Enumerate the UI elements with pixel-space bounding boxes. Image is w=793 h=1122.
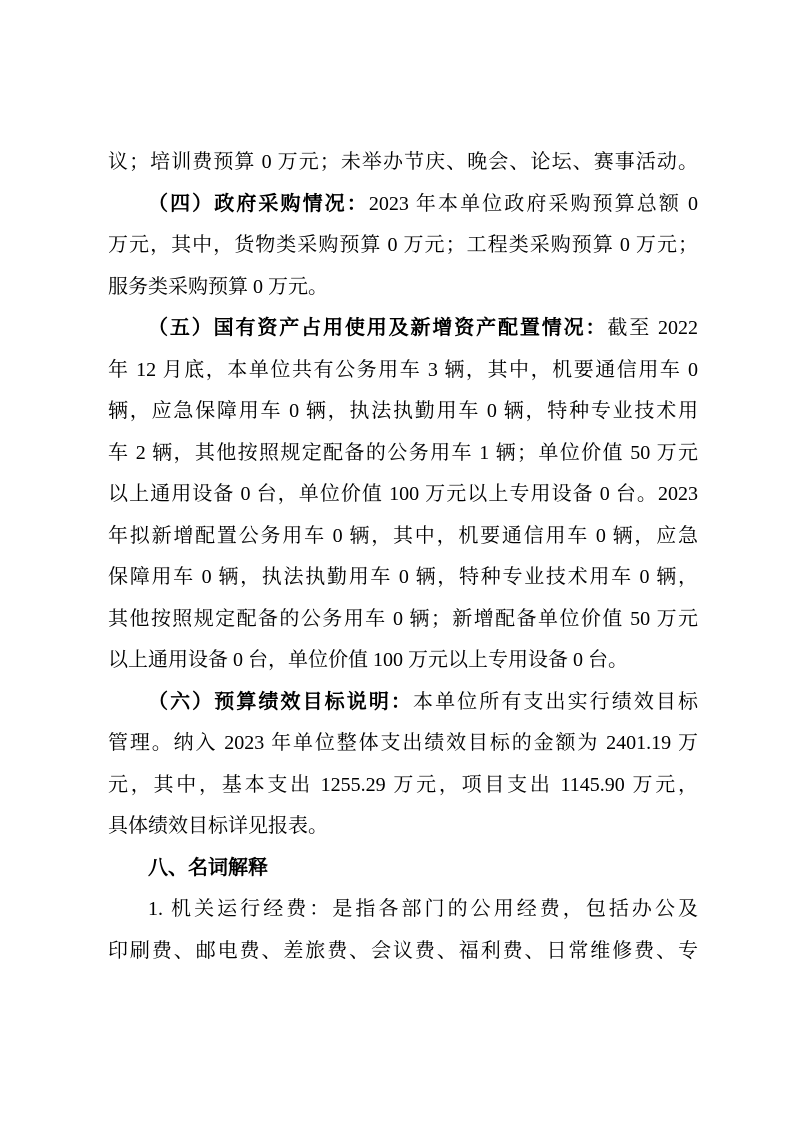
text-segment: 管理。纳入 2023 年单位整体支出绩效目标的金额为 2401.19 万 [108, 732, 698, 754]
document-body: 议；培训费预算 0 万元；未举办节庆、晚会、论坛、赛事活动。（四）政府采购情况：… [108, 142, 698, 972]
line-section6-body-1: 管理。纳入 2023 年单位整体支出绩效目标的金额为 2401.19 万 [108, 723, 698, 765]
text-segment: 年拟新增配置公务用车 0 辆，其中，机要通信用车 0 辆，应急 [108, 525, 698, 547]
heading-segment: （五）国有资产占用使用及新增资产配置情况： [148, 317, 607, 339]
line-section4-heading: （四）政府采购情况：2023 年本单位政府采购预算总额 0 [108, 184, 698, 226]
line-section8-title: 八、名词解释 [108, 848, 698, 890]
line-section5-body-8: 以上通用设备 0 台，单位价值 100 万元以上专用设备 0 台。 [108, 640, 698, 682]
line-section5-body-4: 以上通用设备 0 台，单位价值 100 万元以上专用设备 0 台。2023 [108, 474, 698, 516]
line-section5-body-7: 其他按照规定配备的公务用车 0 辆；新增配备单位价值 50 万元 [108, 599, 698, 641]
text-segment: 服务类采购预算 0 万元。 [108, 276, 328, 298]
text-segment: 印刷费、邮电费、差旅费、会议费、福利费、日常维修费、专 [108, 940, 698, 962]
text-segment: 保障用车 0 辆，执法执勤用车 0 辆，特种专业技术用车 0 辆， [108, 566, 698, 588]
text-segment: 辆，应急保障用车 0 辆，执法执勤用车 0 辆，特种专业技术用 [108, 400, 698, 422]
text-segment: 2023 年本单位政府采购预算总额 0 [369, 193, 698, 215]
text-segment: 以上通用设备 0 台，单位价值 100 万元以上专用设备 0 台。2023 [108, 483, 698, 505]
line-section4-body-1: 万元，其中，货物类采购预算 0 万元；工程类采购预算 0 万元； [108, 225, 698, 267]
text-segment: 万元，其中，货物类采购预算 0 万元；工程类采购预算 0 万元； [108, 234, 698, 256]
heading-segment: 八、名词解释 [148, 857, 268, 879]
text-segment: 车 2 辆，其他按照规定配备的公务用车 1 辆；单位价值 50 万元 [108, 442, 698, 464]
text-segment: 本单位所有支出实行绩效目标 [413, 691, 698, 713]
text-segment: 元，其中，基本支出 1255.29 万元，项目支出 1145.90 万元， [108, 774, 698, 796]
line-glossary-item1-1: 1. 机关运行经费：是指各部门的公用经费，包括办公及 [108, 889, 698, 931]
text-segment: 议；培训费预算 0 万元；未举办节庆、晚会、论坛、赛事活动。 [108, 151, 698, 173]
text-segment: 年 12 月底，本单位共有公务用车 3 辆，其中，机要通信用车 0 [108, 359, 698, 381]
line-section5-body-5: 年拟新增配置公务用车 0 辆，其中，机要通信用车 0 辆，应急 [108, 516, 698, 558]
line-section5-body-6: 保障用车 0 辆，执法执勤用车 0 辆，特种专业技术用车 0 辆， [108, 557, 698, 599]
document-page: 议；培训费预算 0 万元；未举办节庆、晚会、论坛、赛事活动。（四）政府采购情况：… [0, 0, 793, 1122]
line-section5-heading: （五）国有资产占用使用及新增资产配置情况：截至 2022 [108, 308, 698, 350]
text-segment: 1. 机关运行经费：是指各部门的公用经费，包括办公及 [148, 898, 698, 920]
heading-segment: （四）政府采购情况： [148, 193, 369, 215]
line-section6-heading: （六）预算绩效目标说明：本单位所有支出实行绩效目标 [108, 682, 698, 724]
text-segment: 具体绩效目标详见报表。 [108, 815, 328, 837]
line-conference-training-fee: 议；培训费预算 0 万元；未举办节庆、晚会、论坛、赛事活动。 [108, 142, 698, 184]
line-section4-body-2: 服务类采购预算 0 万元。 [108, 267, 698, 309]
text-segment: 以上通用设备 0 台，单位价值 100 万元以上专用设备 0 台。 [108, 649, 628, 671]
line-glossary-item1-2: 印刷费、邮电费、差旅费、会议费、福利费、日常维修费、专 [108, 931, 698, 973]
line-section6-body-2: 元，其中，基本支出 1255.29 万元，项目支出 1145.90 万元， [108, 765, 698, 807]
line-section5-body-3: 车 2 辆，其他按照规定配备的公务用车 1 辆；单位价值 50 万元 [108, 433, 698, 475]
line-section5-body-1: 年 12 月底，本单位共有公务用车 3 辆，其中，机要通信用车 0 [108, 350, 698, 392]
line-section5-body-2: 辆，应急保障用车 0 辆，执法执勤用车 0 辆，特种专业技术用 [108, 391, 698, 433]
text-segment: 截至 2022 [607, 317, 698, 339]
text-segment: 其他按照规定配备的公务用车 0 辆；新增配备单位价值 50 万元 [108, 608, 698, 630]
heading-segment: （六）预算绩效目标说明： [148, 691, 413, 713]
line-section6-body-3: 具体绩效目标详见报表。 [108, 806, 698, 848]
